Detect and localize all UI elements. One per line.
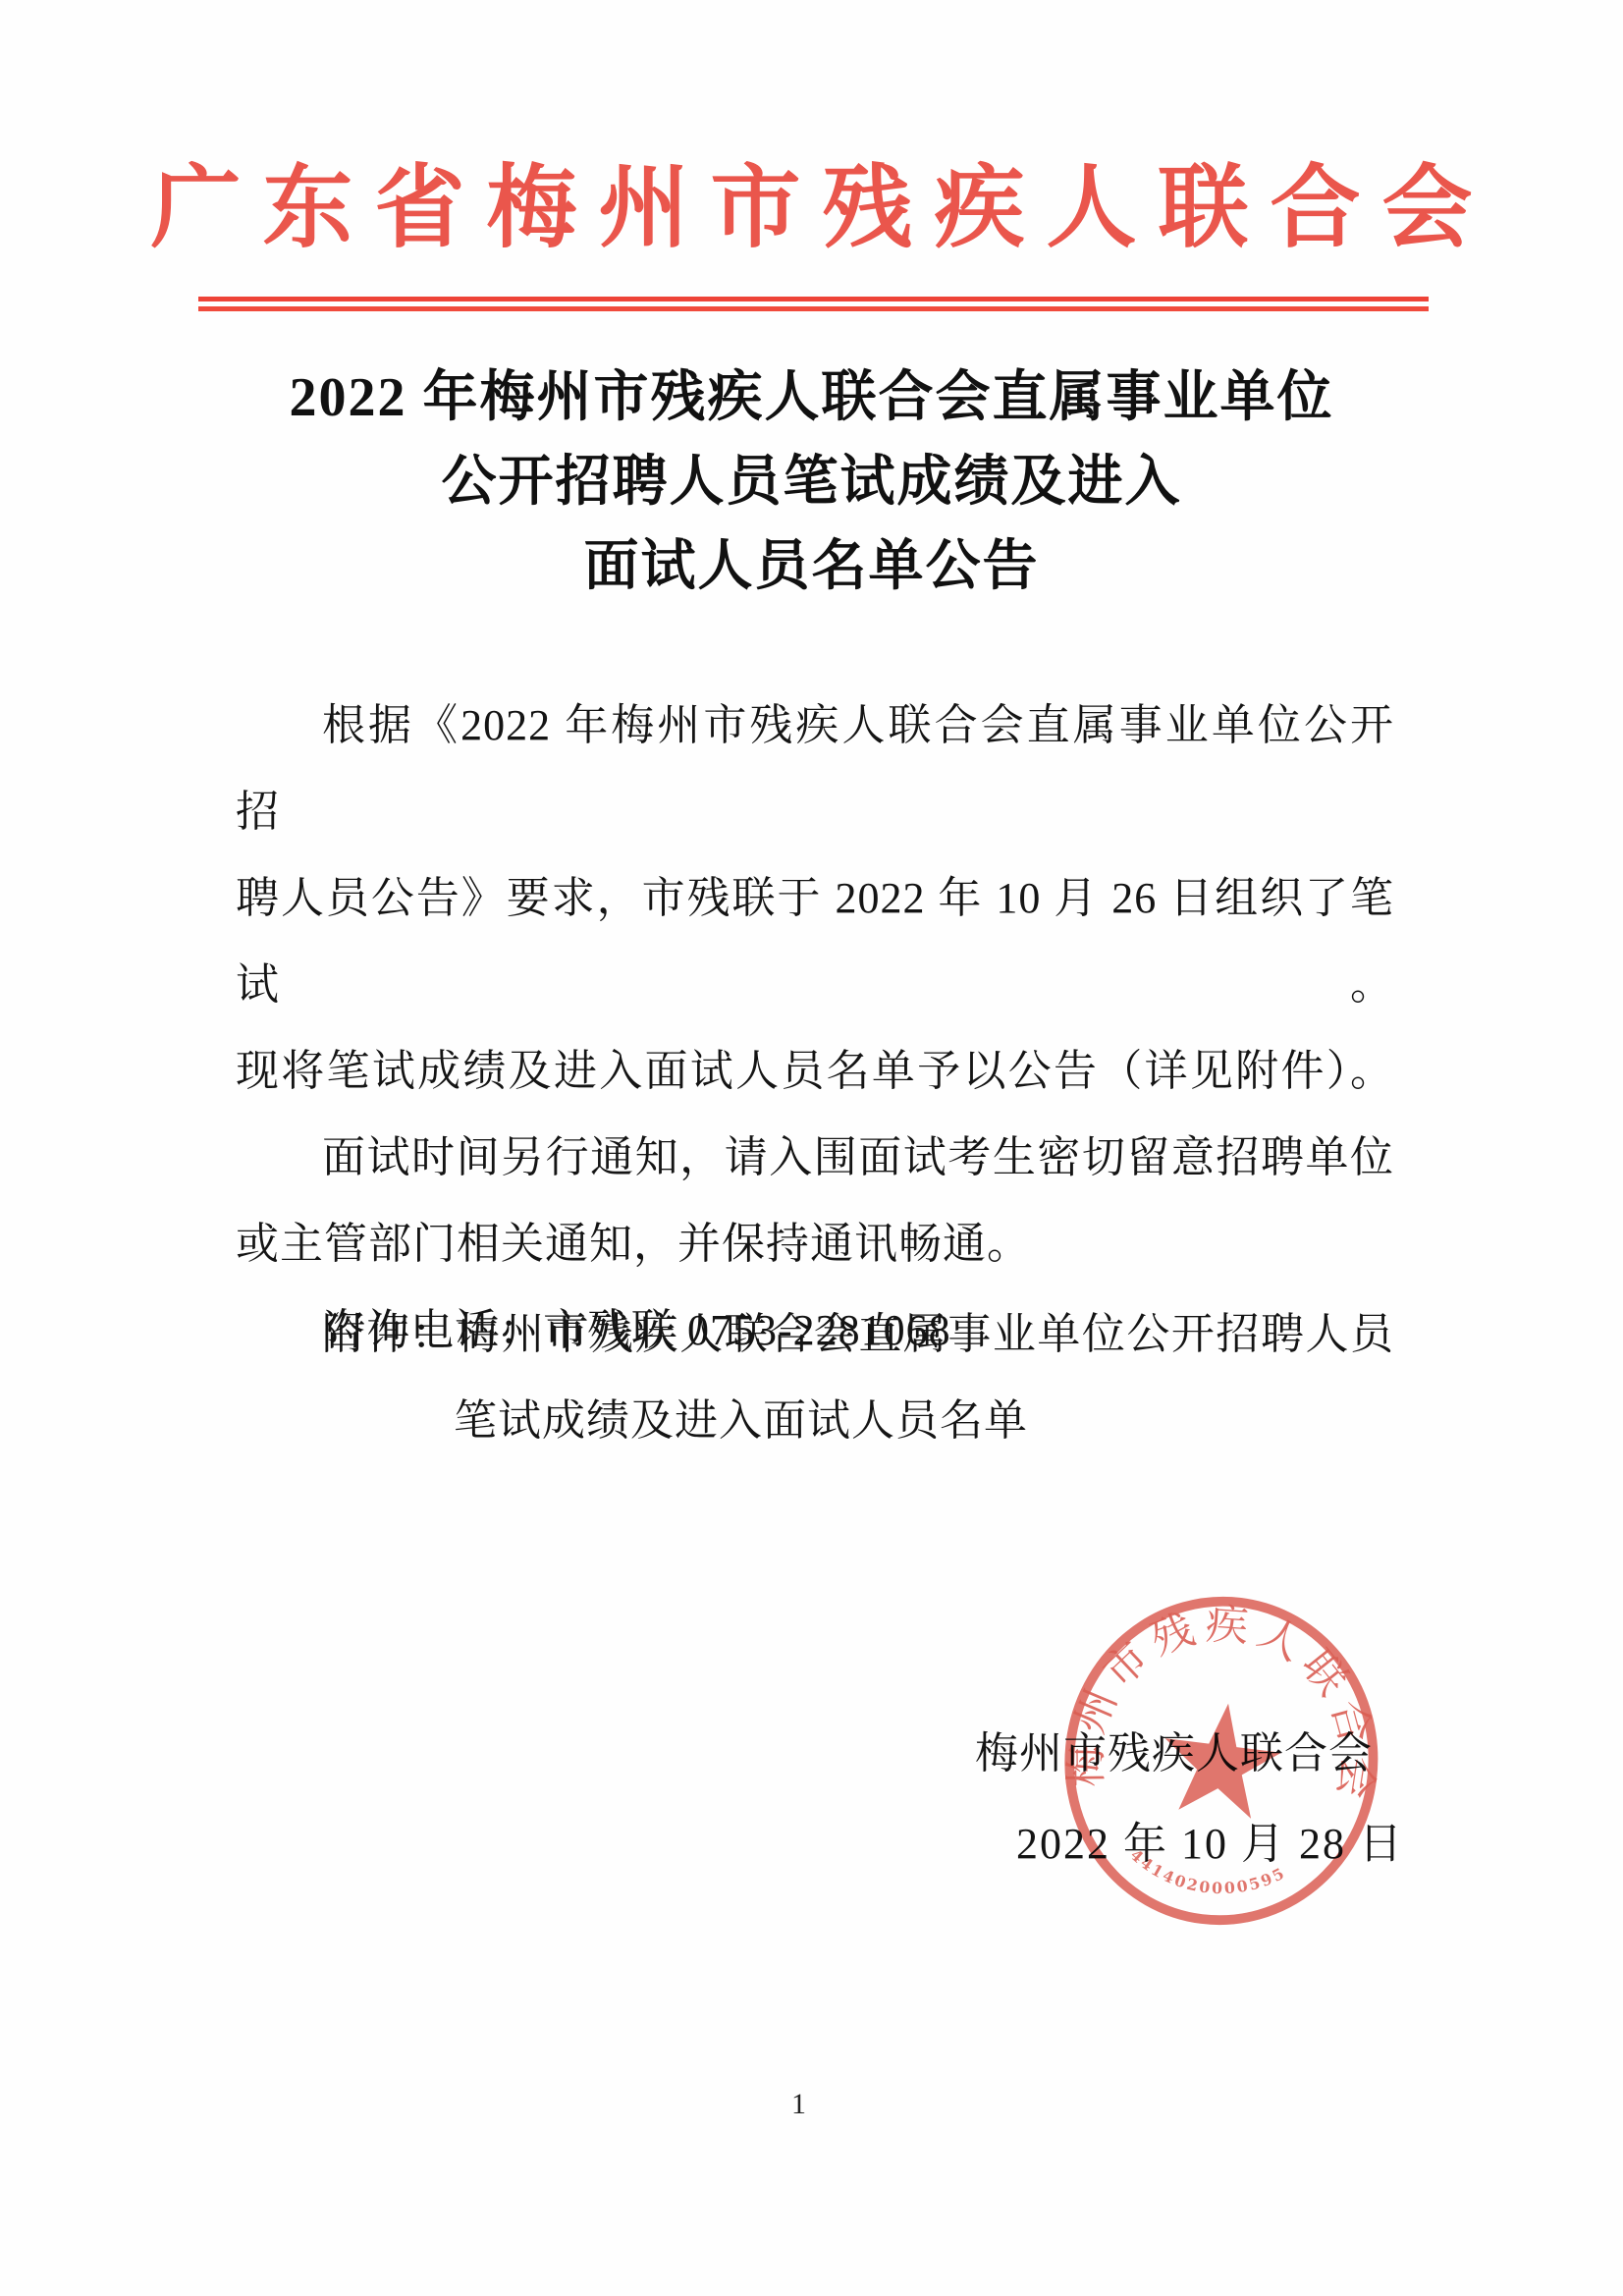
document-body: 根据《2022 年梅州市残疾人联合会直属事业单位公开招 聘人员公告》要求，市残联…	[236, 683, 1394, 1374]
body-line: 根据《2022 年梅州市残疾人联合会直属事业单位公开招	[236, 683, 1394, 855]
letterhead-org-name: 广东省梅州市残疾人联合会	[0, 157, 1623, 261]
letterhead-rule-top	[198, 297, 1429, 301]
letterhead-rule-bottom	[198, 306, 1429, 311]
document-title: 2022 年梅州市残疾人联合会直属事业单位 公开招聘人员笔试成绩及进入 面试人员…	[0, 355, 1623, 609]
body-line: 或主管部门相关通知，并保持通讯畅通。	[236, 1201, 1394, 1287]
title-line-1: 2022 年梅州市残疾人联合会直属事业单位	[0, 355, 1623, 440]
attachment-line-1: 附件：梅州市残疾人联合会直属事业单位公开招聘人员	[236, 1291, 1394, 1378]
attachment-note: 附件：梅州市残疾人联合会直属事业单位公开招聘人员 笔试成绩及进入面试人员名单	[236, 1291, 1394, 1464]
attachment-line-2: 笔试成绩及进入面试人员名单	[236, 1378, 1394, 1464]
page-number: 1	[791, 2088, 806, 2121]
title-line-3: 面试人员名单公告	[0, 524, 1623, 609]
body-line: 现将笔试成绩及进入面试人员名单予以公告（详见附件）。	[236, 1028, 1394, 1115]
document-page: 广东省梅州市残疾人联合会 2022 年梅州市残疾人联合会直属事业单位 公开招聘人…	[0, 0, 1623, 2296]
seal-star-icon	[1157, 1696, 1286, 1821]
body-line: 面试时间另行通知，请入围面试考生密切留意招聘单位	[236, 1115, 1394, 1201]
body-line: 聘人员公告》要求，市残联于 2022 年 10 月 26 日组织了笔试。	[236, 855, 1394, 1028]
title-line-2: 公开招聘人员笔试成绩及进入	[0, 440, 1623, 524]
official-seal: 梅州市残疾人联合会 4414020000595	[1029, 1567, 1414, 1952]
